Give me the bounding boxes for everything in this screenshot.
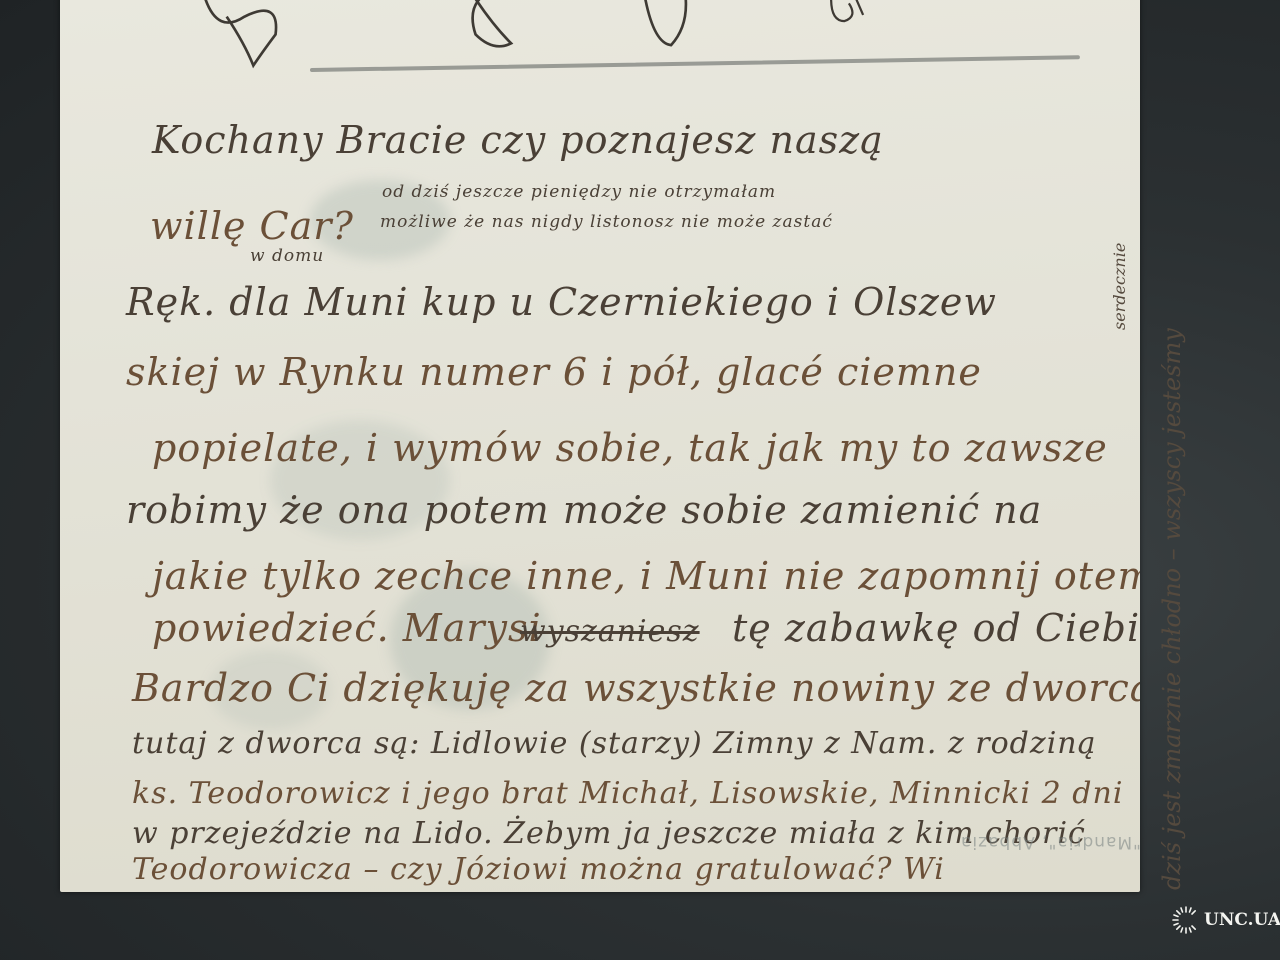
postcard: Kochany Bracie czy poznajesz nasząod dzi… bbox=[60, 0, 1140, 892]
sunburst-icon bbox=[1172, 906, 1200, 934]
handwritten-line: tutaj z dworca są: Lidlowie (starzy) Zim… bbox=[132, 726, 1097, 761]
handwritten-line: możliwe że nas nigdy listonosz nie może … bbox=[380, 212, 833, 232]
handwritten-line: w przejeździe na Lido. Żebym ja jeszcze … bbox=[132, 816, 1086, 851]
handwritten-line: skiej w Rynku numer 6 i pół, glacé ciemn… bbox=[126, 350, 982, 394]
handwritten-line: popielate, i wymów sobie, tak jak my to … bbox=[152, 426, 1108, 470]
handwritten-line: Bardzo Ci dziękuję za wszystkie nowiny z… bbox=[132, 666, 1140, 710]
handwritten-line: w domu bbox=[250, 246, 324, 266]
handwritten-line: robimy że ona potem może sobie zamienić … bbox=[126, 488, 1042, 532]
handwritten-line: od dziś jeszcze pieniędzy nie otrzymałam bbox=[382, 182, 776, 202]
handwritten-line: powiedzieć. Marysi bbox=[152, 606, 542, 650]
watermark-text: UNC.UA bbox=[1204, 910, 1280, 930]
handwritten-line: tę zabawkę od Ciebie. bbox=[732, 606, 1140, 650]
handwritten-line: Teodorowicza – czy Józiowi można gratulo… bbox=[132, 852, 945, 887]
margin-note: serdecznie bbox=[1110, 243, 1129, 330]
handwritten-line: Ręk. dla Muni kup u Czerniekiego i Olsze… bbox=[126, 280, 997, 324]
handwritten-line: wyszaniesz bbox=[520, 614, 700, 649]
handwritten-line: ks. Teodorowicz i jego brat Michał, Liso… bbox=[132, 776, 1123, 811]
watermark: UNC.UA bbox=[1172, 906, 1280, 934]
printed-publisher-stamp: Buchhandlung "Mandria", Abbazia bbox=[960, 832, 1140, 852]
handwritten-line: willę Car? bbox=[150, 204, 354, 248]
handwritten-line: Kochany Bracie czy poznajesz naszą bbox=[152, 118, 884, 162]
handwritten-line: jakie tylko zechce inne, i Muni nie zapo… bbox=[152, 554, 1140, 598]
margin-note: dziś jest zmarznie chłodno – wszyscy jes… bbox=[1158, 328, 1186, 890]
